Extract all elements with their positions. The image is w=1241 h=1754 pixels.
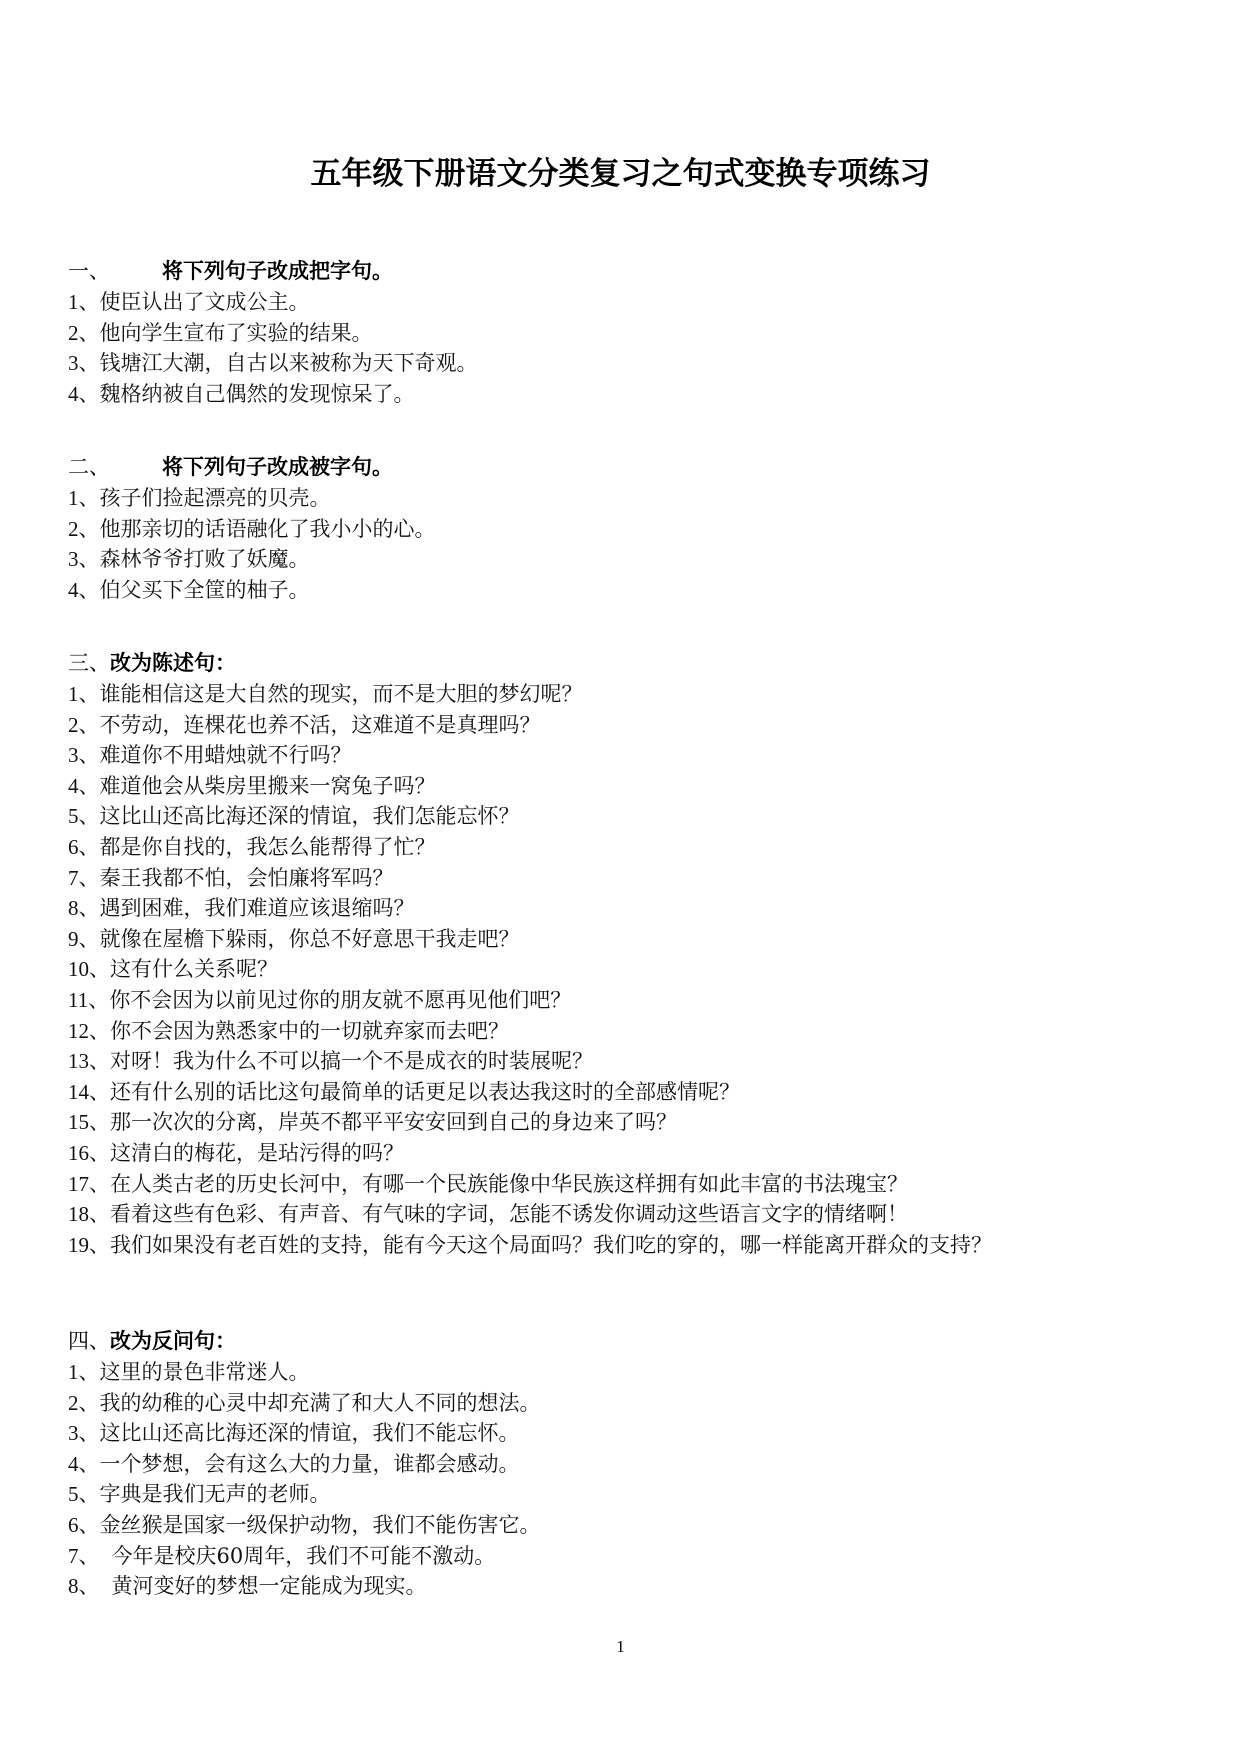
exercise-item: 8、黄河变好的梦想一定能成为现实。 [68, 1571, 1188, 1602]
exercise-item: 1、这里的景色非常迷人。 [68, 1357, 1188, 1388]
page-title: 五年级下册语文分类复习之句式变换专项练习 [0, 148, 1241, 193]
exercise-item: 3、这比山还高比海还深的情谊，我们不能忘怀。 [68, 1418, 1188, 1449]
section-heading-text: 将下列句子改成被字句。 [162, 455, 393, 479]
exercise-item: 4、魏格纳被自己偶然的发现惊呆了。 [68, 379, 1188, 410]
exercise-item: 15、那一次次的分离，岸英不都平平安安回到自己的身边来了吗？ [68, 1107, 1188, 1138]
exercise-item: 7、秦王我都不怕，会怕廉将军吗？ [68, 863, 1188, 894]
section-heading-text: 将下列句子改成把字句。 [162, 259, 393, 283]
section-declarative: 三、改为陈述句： 1、谁能相信这是大自然的现实，而不是大胆的梦幻呢？ 2、不劳动… [68, 648, 1188, 1260]
exercise-item: 1、谁能相信这是大自然的现实，而不是大胆的梦幻呢？ [68, 679, 1188, 710]
exercise-item: 8、遇到困难，我们难道应该退缩吗？ [68, 893, 1188, 924]
exercise-item: 6、金丝猴是国家一级保护动物，我们不能伤害它。 [68, 1510, 1188, 1541]
exercise-item: 6、都是你自找的，我怎么能帮得了忙？ [68, 832, 1188, 863]
section-number: 三、 [68, 651, 110, 675]
exercise-item: 2、我的幼稚的心灵中却充满了和大人不同的想法。 [68, 1388, 1188, 1419]
section-heading-text: 改为陈述句： [110, 651, 236, 675]
section-heading: 一、将下列句子改成把字句。 [68, 256, 1188, 287]
exercise-item: 11、你不会因为以前见过你的朋友就不愿再见他们吧？ [68, 985, 1188, 1016]
exercise-item: 3、难道你不用蜡烛就不行吗？ [68, 740, 1188, 771]
exercise-item: 5、字典是我们无声的老师。 [68, 1479, 1188, 1510]
section-rhetorical-question: 四、改为反问句： 1、这里的景色非常迷人。 2、我的幼稚的心灵中却充满了和大人不… [68, 1326, 1188, 1602]
exercise-item: 13、对呀！我为什么不可以搞一个不是成衣的时装展呢？ [68, 1046, 1188, 1077]
exercise-item: 1、使臣认出了文成公主。 [68, 287, 1188, 318]
section-bei-sentence: 二、将下列句子改成被字句。 1、孩子们捡起漂亮的贝壳。 2、他那亲切的话语融化了… [68, 452, 1188, 605]
exercise-item: 2、他那亲切的话语融化了我小小的心。 [68, 514, 1188, 545]
exercise-item: 9、就像在屋檐下躲雨，你总不好意思干我走吧？ [68, 924, 1188, 955]
section-number: 二、 [68, 455, 110, 479]
exercise-item: 4、伯父买下全筐的柚子。 [68, 575, 1188, 606]
exercise-item: 2、不劳动，连棵花也养不活，这难道不是真理吗？ [68, 710, 1188, 741]
exercise-item: 16、这清白的梅花，是玷污得的吗？ [68, 1138, 1188, 1169]
section-ba-sentence: 一、将下列句子改成把字句。 1、使臣认出了文成公主。 2、他向学生宣布了实验的结… [68, 256, 1188, 409]
exercise-item: 14、还有什么别的话比这句最简单的话更足以表达我这时的全部感情呢？ [68, 1077, 1188, 1108]
exercise-item: 3、钱塘江大潮，自古以来被称为天下奇观。 [68, 348, 1188, 379]
exercise-item: 4、一个梦想，会有这么大的力量，谁都会感动。 [68, 1449, 1188, 1480]
section-heading: 四、改为反问句： [68, 1326, 1188, 1357]
section-heading: 三、改为陈述句： [68, 648, 1188, 679]
exercise-item: 7、今年是校庆60周年，我们不可能不激动。 [68, 1541, 1188, 1572]
exercise-item: 12、你不会因为熟悉家中的一切就弃家而去吧？ [68, 1016, 1188, 1047]
exercise-item: 19、我们如果没有老百姓的支持，能有今天这个局面吗？我们吃的穿的，哪一样能离开群… [68, 1230, 1188, 1261]
section-heading: 二、将下列句子改成被字句。 [68, 452, 1188, 483]
exercise-item: 4、难道他会从柴房里搬来一窝兔子吗？ [68, 771, 1188, 802]
section-number: 一、 [68, 259, 110, 283]
page-number: 1 [0, 1637, 1241, 1657]
section-heading-text: 改为反问句： [110, 1329, 236, 1353]
exercise-item: 18、看着这些有色彩、有声音、有气味的字词，怎能不诱发你调动这些语言文字的情绪啊… [68, 1199, 1188, 1230]
exercise-item: 2、他向学生宣布了实验的结果。 [68, 318, 1188, 349]
exercise-item: 5、这比山还高比海还深的情谊，我们怎能忘怀？ [68, 801, 1188, 832]
exercise-item: 10、这有什么关系呢？ [68, 954, 1188, 985]
section-number: 四、 [68, 1329, 110, 1353]
exercise-item: 3、森林爷爷打败了妖魔。 [68, 544, 1188, 575]
exercise-item: 17、在人类古老的历史长河中，有哪一个民族能像中华民族这样拥有如此丰富的书法瑰宝… [68, 1169, 1188, 1200]
exercise-item: 1、孩子们捡起漂亮的贝壳。 [68, 483, 1188, 514]
